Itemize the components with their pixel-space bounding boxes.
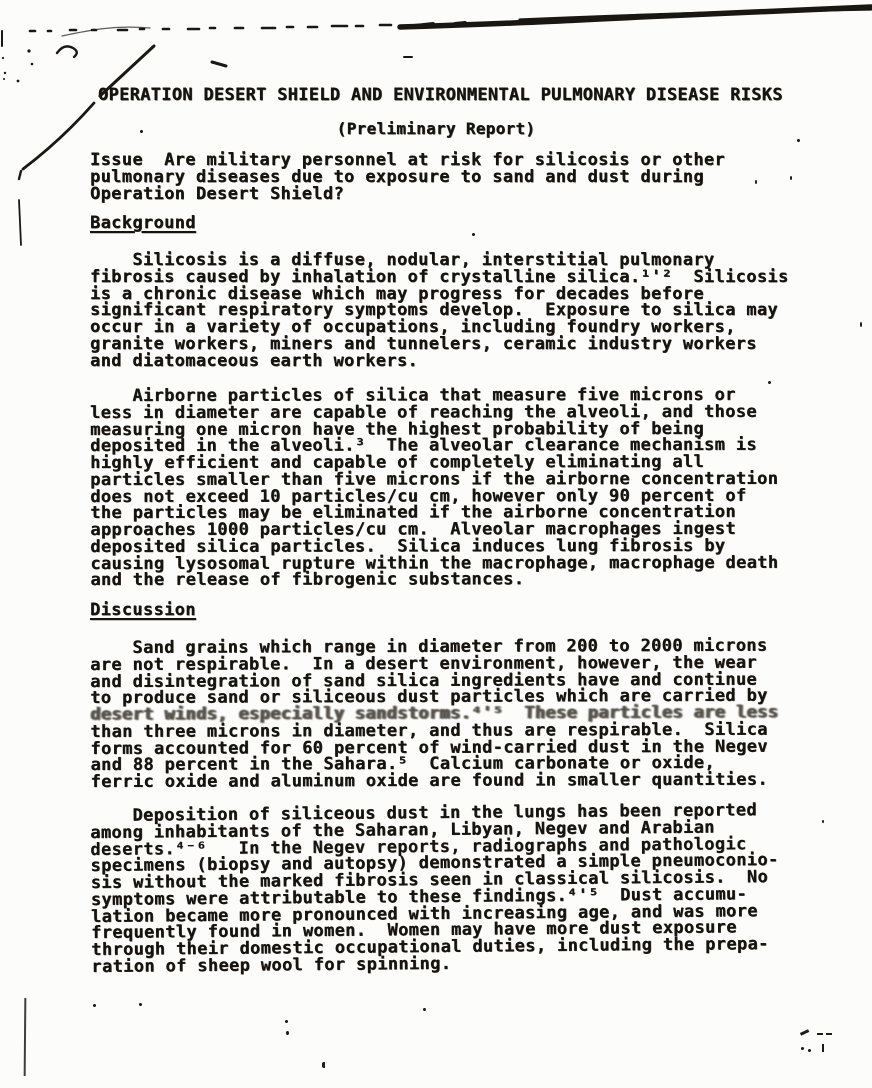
text-line: Operation Desert Shield? xyxy=(90,186,725,203)
scan-speck xyxy=(822,820,824,823)
text-line: fibrosis caused by inhalation of crystal… xyxy=(90,269,789,286)
scan-pencil-mark xyxy=(826,1033,832,1035)
text-line: granite workers, miners and tunnelers, c… xyxy=(90,336,789,353)
scan-speck xyxy=(768,381,771,384)
scan-speck xyxy=(286,1031,289,1035)
section-heading-discussion: Discussion xyxy=(90,602,196,619)
scan-speck xyxy=(860,322,862,327)
text-line: desert winds, especially sandstorms.⁴'⁵ … xyxy=(90,705,779,724)
scan-speck xyxy=(472,233,475,236)
document-subtitle: (Preliminary Report) xyxy=(0,120,872,137)
scan-speck xyxy=(285,1020,288,1023)
text-line: and diatomaceous earth workers. xyxy=(90,353,789,370)
scan-speck xyxy=(797,139,800,142)
background-paragraph-2: Airborne particles of silica that measur… xyxy=(90,387,778,589)
issue-statement: Issue Are military personnel at risk for… xyxy=(90,152,725,202)
scan-pencil-mark xyxy=(808,1049,811,1052)
text-line: ferric oxide and aluminum oxide are foun… xyxy=(90,772,778,791)
scanned-document-page: OPERATION DESERT SHIELD AND ENVIRONMENTA… xyxy=(0,0,872,1088)
text-line: and the release of fibrogenic substances… xyxy=(90,571,778,589)
background-paragraph-1: Silicosis is a diffuse, nodular, interst… xyxy=(90,252,789,369)
scan-speck xyxy=(423,1008,426,1011)
scan-speck xyxy=(790,176,792,180)
scan-speck xyxy=(139,1003,142,1006)
discussion-paragraph-1: Sand grains which range in diameter from… xyxy=(90,638,779,791)
scan-speck xyxy=(755,180,757,184)
scan-speck xyxy=(140,130,143,133)
scan-artifact-top-edge xyxy=(0,0,872,70)
discussion-paragraph-2: Deposition of siliceous dust in the lung… xyxy=(90,802,779,975)
scan-pencil-mark xyxy=(800,1029,809,1035)
text-line: pulmonary diseases due to exposure to sa… xyxy=(90,169,725,186)
scan-speck xyxy=(93,1004,96,1007)
scan-pencil-mark xyxy=(817,1033,823,1035)
section-heading-background: Background xyxy=(90,215,196,232)
scan-artifact-left-crease xyxy=(24,998,27,1076)
scan-pencil-mark xyxy=(801,1047,804,1050)
text-line: ration of sheep wool for spinning. xyxy=(91,953,779,976)
scan-speck xyxy=(322,1062,325,1068)
scan-pencil-mark xyxy=(822,1044,824,1052)
document-title: OPERATION DESERT SHIELD AND ENVIRONMENTA… xyxy=(98,87,783,104)
